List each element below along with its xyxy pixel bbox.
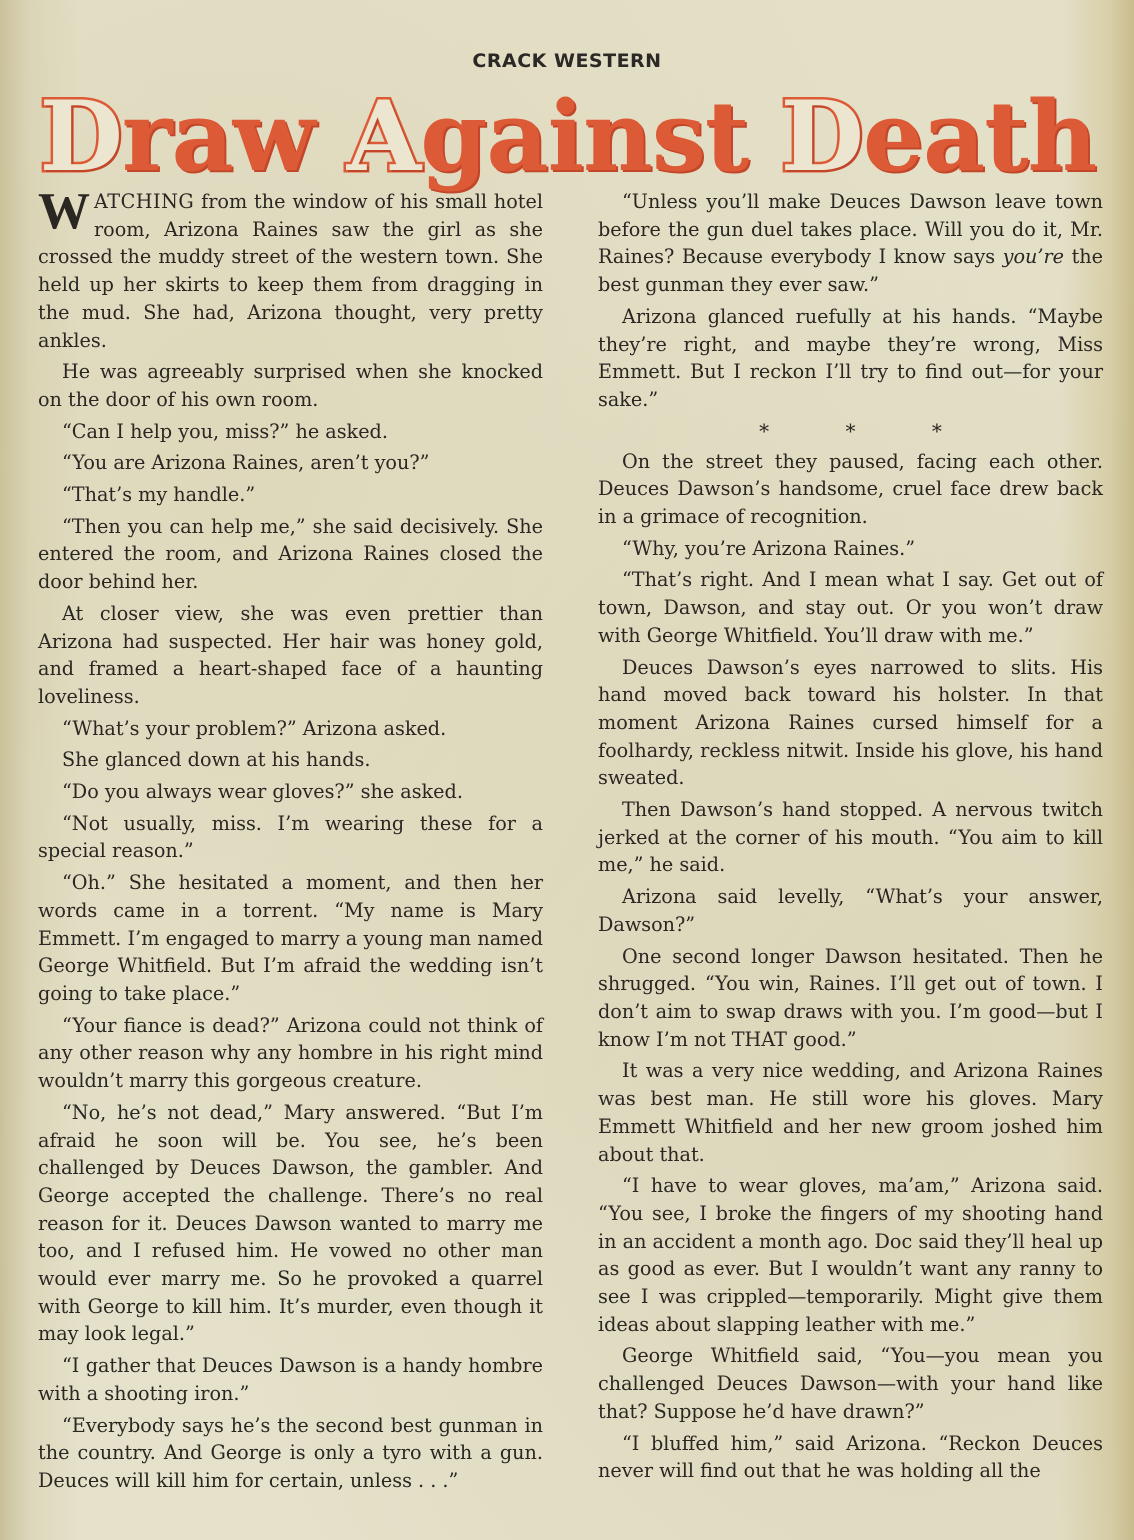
- paragraph: “Then you can help me,” she said decisiv…: [38, 513, 543, 596]
- paragraph: Arizona glanced ruefully at his hands. “…: [598, 303, 1103, 414]
- paragraph: He was agreeably surprised when she knoc…: [38, 358, 543, 413]
- title-rest-1: raw: [122, 80, 314, 193]
- title-rest-3: eath: [863, 80, 1096, 193]
- opening-caps: ATCHING: [94, 190, 194, 213]
- emphasis-text: you’re: [1003, 245, 1064, 268]
- title-initial-2: A: [347, 80, 420, 193]
- paragraph: She glanced down at his hands.: [38, 746, 543, 774]
- paragraph: WATCHING from the window of his small ho…: [38, 188, 543, 354]
- paragraph: “Do you always wear gloves?” she asked.: [38, 778, 543, 806]
- paragraph: It was a very nice wedding, and Arizona …: [598, 1057, 1103, 1168]
- paragraph: “No, he’s not dead,” Mary answered. “But…: [38, 1099, 543, 1348]
- paragraph-text: from the window of his small hotel room,…: [38, 190, 543, 352]
- left-column: WATCHING from the window of his small ho…: [38, 188, 543, 1499]
- paragraph: Then Dawson’s hand stopped. A nervous tw…: [598, 796, 1103, 879]
- section-break: * * *: [598, 418, 1103, 444]
- paragraph: “You are Arizona Raines, aren’t you?”: [38, 449, 543, 477]
- paragraph: “I bluffed him,” said Arizona. “Reckon D…: [598, 1430, 1103, 1485]
- title-rest-2: gainst: [420, 80, 748, 193]
- running-head: CRACK WESTERN: [0, 50, 1134, 72]
- paragraph: “I have to wear gloves, ma’am,” Arizona …: [598, 1172, 1103, 1338]
- paragraph: Arizona said levelly, “What’s your answe…: [598, 883, 1103, 938]
- paragraph: “Not usually, miss. I’m wearing these fo…: [38, 810, 543, 865]
- paragraph: “What’s your problem?” Arizona asked.: [38, 715, 543, 743]
- right-column: “Unless you’ll make Deuces Dawson leave …: [598, 188, 1103, 1489]
- story-title: Draw Against Death: [28, 82, 1108, 192]
- paragraph: “Why, you’re Arizona Raines.”: [598, 535, 1103, 563]
- paragraph: “That’s right. And I mean what I say. Ge…: [598, 566, 1103, 649]
- paragraph: “Can I help you, miss?” he asked.: [38, 418, 543, 446]
- title-initial-3: D: [781, 80, 863, 193]
- paragraph: On the street they paused, facing each o…: [598, 448, 1103, 531]
- paragraph: One second longer Dawson hesitated. Then…: [598, 943, 1103, 1054]
- paragraph: “Unless you’ll make Deuces Dawson leave …: [598, 188, 1103, 299]
- paragraph: At closer view, she was even prettier th…: [38, 600, 543, 711]
- drop-cap: W: [38, 190, 90, 234]
- paragraph: “Oh.” She hesitated a moment, and then h…: [38, 869, 543, 1008]
- paragraph: “That’s my handle.”: [38, 481, 543, 509]
- paragraph: “Everybody says he’s the second best gun…: [38, 1412, 543, 1495]
- paragraph: Deuces Dawson’s eyes narrowed to slits. …: [598, 654, 1103, 793]
- title-initial-1: D: [40, 80, 122, 193]
- paragraph: George Whitfield said, “You—you mean you…: [598, 1342, 1103, 1425]
- paragraph: “Your fiance is dead?” Arizona could not…: [38, 1012, 543, 1095]
- paragraph: “I gather that Deuces Dawson is a handy …: [38, 1352, 543, 1407]
